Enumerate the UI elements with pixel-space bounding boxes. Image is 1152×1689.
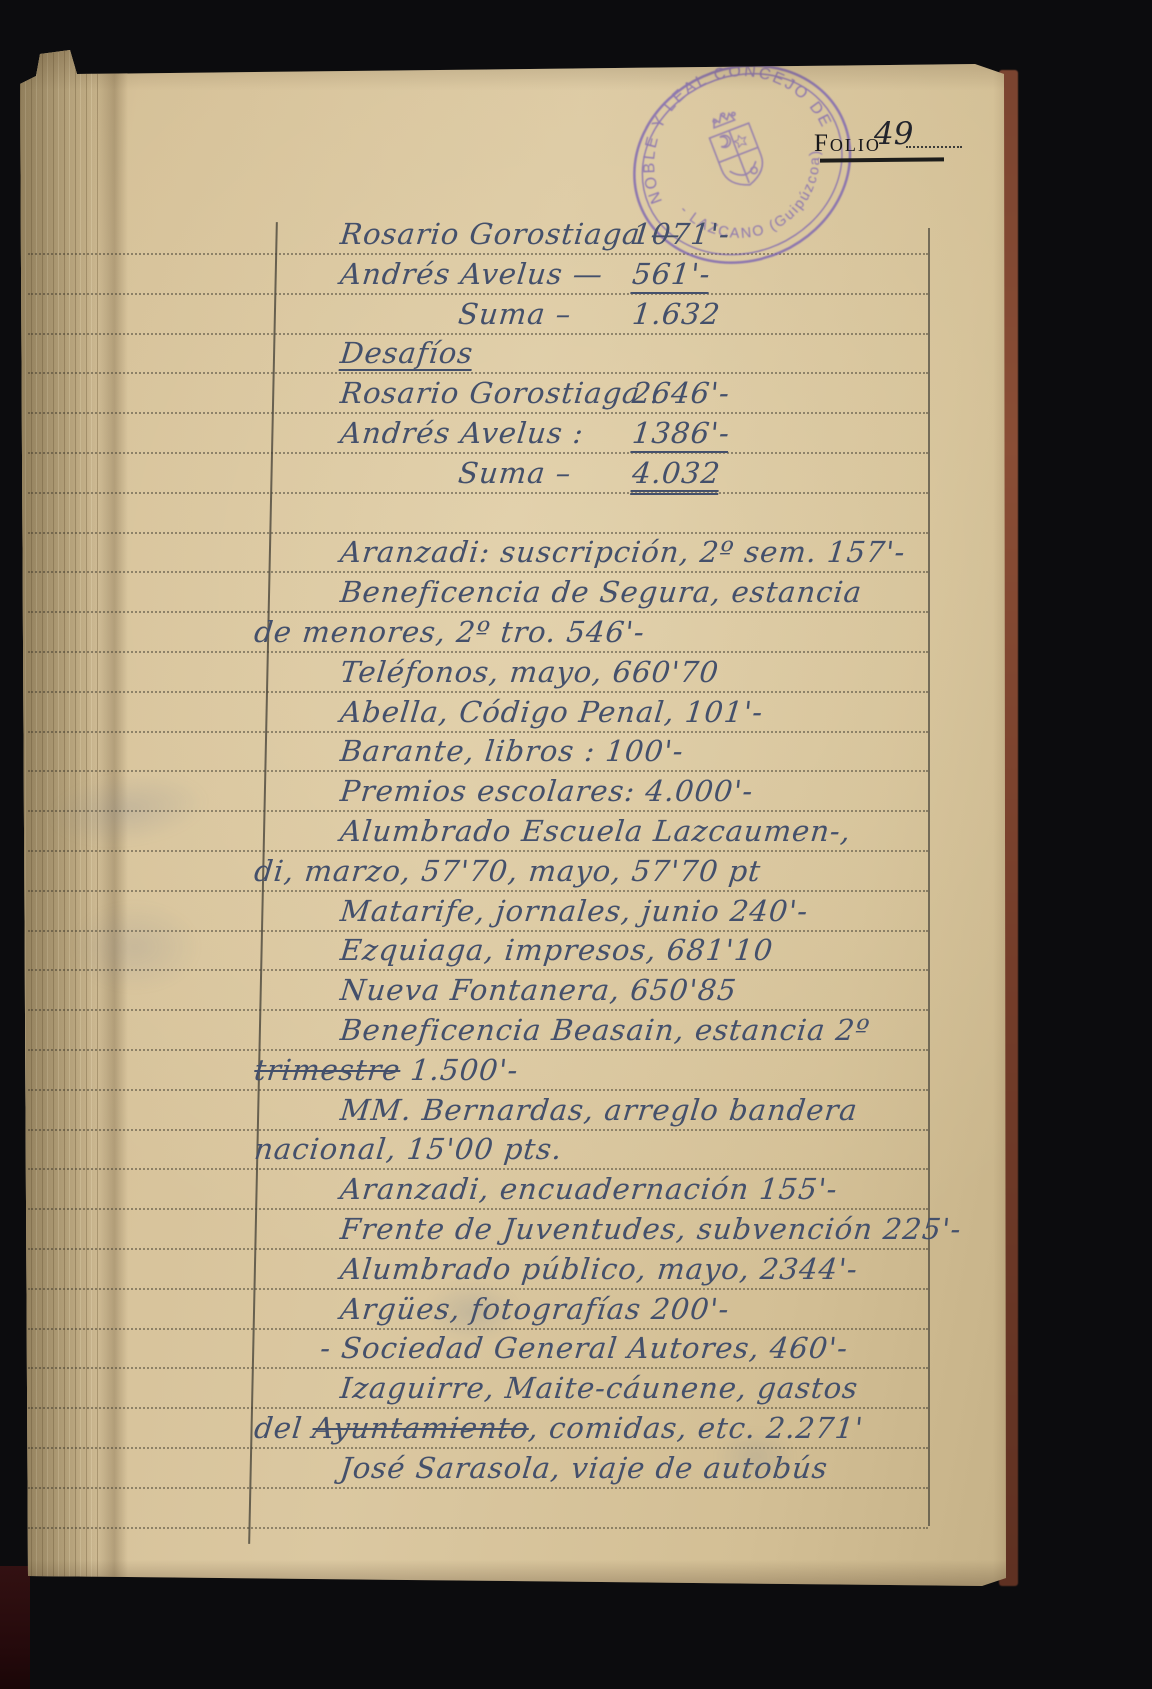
ledger-row-text: nacional, 15'00 pts. xyxy=(253,1132,565,1166)
ledger-row-text: de menores, 2º tro. 546'- xyxy=(253,615,647,649)
ledger-row: Argües, fotografías 200'- xyxy=(338,1292,731,1334)
ledger-row-text: di, marzo, 57'70, mayo, 57'70 pt xyxy=(253,854,763,888)
ledger-row: Suma –1.632 xyxy=(456,297,573,339)
ledger-row: Abella, Código Penal, 101'- xyxy=(338,695,765,737)
ledger-row-amount: 4.032 xyxy=(631,456,723,490)
ledger-row-text: Aranzadi, encuadernación 155'- xyxy=(339,1172,840,1206)
ledger-row-amount: 561'- xyxy=(631,257,713,291)
ledger-row: Premios escolares: 4.000'- xyxy=(338,774,755,816)
page-edge-stack xyxy=(20,44,100,1594)
ledger-row: de menores, 2º tro. 546'- xyxy=(252,615,647,657)
ledger-row: Andrés Avelus —561'- xyxy=(338,257,605,299)
ledger-row-text: Aranzadi: suscripción, 2º sem. 157'- xyxy=(339,535,908,569)
stamp-coat-of-arms xyxy=(703,106,770,193)
ledger-row-text: Nueva Fontanera, 650'85 xyxy=(339,973,739,1007)
folio-dotted-line xyxy=(906,146,962,148)
ledger-row-text: Matarife, jornales, junio 240'- xyxy=(339,894,810,928)
ledger-row: Frente de Juventudes, subvención 225'- xyxy=(338,1212,963,1254)
stamp-ring-text-top: NOBLE Y LEAL CONCEJO DE xyxy=(609,31,836,207)
ledger-row: Izaguirre, Maite-cáunene, gastos xyxy=(338,1371,860,1413)
ledger-row: José Sarasola, viaje de autobús xyxy=(338,1451,830,1493)
ledger-row-text: Beneficencia Beasain, estancia 2º xyxy=(339,1013,872,1047)
ledger-row-text: Teléfonos, mayo, 660'70 xyxy=(339,655,721,689)
struck-word: Ayuntamiento xyxy=(311,1411,531,1445)
ledger-row: Rosario Gorostiaga —1071'- xyxy=(338,217,683,259)
ledger-row: Andrés Avelus :1386'- xyxy=(338,416,586,458)
ledger-row: Barante, libros : 100'- xyxy=(338,734,686,776)
scanned-ledger-scene: NOBLE Y LEAL CONCEJO DE - LAZCANO (Guipú… xyxy=(0,0,1152,1689)
ledger-row-text: Argües, fotografías 200'- xyxy=(339,1292,732,1326)
ledger-row: Suma –4.032 xyxy=(456,456,573,498)
ledger-row: di, marzo, 57'70, mayo, 57'70 pt xyxy=(252,854,763,896)
folio-underline xyxy=(820,157,944,162)
folio-label: Folio xyxy=(814,130,881,158)
ledger-row: Aranzadi: suscripción, 2º sem. 157'- xyxy=(338,535,907,577)
ruled-line xyxy=(28,532,928,534)
ledger-row-text: Barante, libros : 100'- xyxy=(339,734,686,768)
ledger-row-text: del Ayuntamiento, comidas, etc. 2.271' xyxy=(253,1411,866,1445)
ledger-row: Aranzadi, encuadernación 155'- xyxy=(338,1172,840,1214)
ledger-row: MM. Bernardas, arreglo bandera xyxy=(338,1093,860,1135)
ledger-row-text: - Sociedad General Autores, 460'- xyxy=(319,1331,850,1365)
ledger-row: Beneficencia Beasain, estancia 2º xyxy=(338,1013,872,1055)
svg-text:NOBLE Y LEAL CONCEJO DE: NOBLE Y LEAL CONCEJO DE xyxy=(609,31,836,207)
ledger-row: trimestre 1.500'- xyxy=(252,1053,520,1095)
ledger-row-amount: 1386'- xyxy=(631,416,732,450)
ledger-row-text: Desafíos xyxy=(339,336,476,370)
ledger-row: Nueva Fontanera, 650'85 xyxy=(338,973,739,1015)
ledger-row: Alumbrado público, mayo, 2344'- xyxy=(338,1252,860,1294)
ledger-row: - Sociedad General Autores, 460'- xyxy=(318,1331,850,1373)
ledger-row-text: Suma – xyxy=(457,297,574,331)
ledger-row: Ezquiaga, impresos, 681'10 xyxy=(338,933,775,975)
ledger-row-text: Izaguirre, Maite-cáunene, gastos xyxy=(339,1371,860,1405)
ledger-row-text: Frente de Juventudes, subvención 225'- xyxy=(339,1212,964,1246)
ledger-row: Rosario Gorostiaga :2646'- xyxy=(338,376,664,418)
ruled-line xyxy=(28,372,928,374)
ledger-row-text: MM. Bernardas, arreglo bandera xyxy=(339,1093,860,1127)
struck-word: trimestre xyxy=(253,1053,403,1087)
ledger-row: Beneficencia de Segura, estancia xyxy=(338,575,864,617)
ledger-row-text: Premios escolares: 4.000'- xyxy=(339,774,755,808)
ledger-row-text: Alumbrado público, mayo, 2344'- xyxy=(339,1252,860,1286)
ledger-page: NOBLE Y LEAL CONCEJO DE - LAZCANO (Guipú… xyxy=(20,44,1018,1594)
right-margin-rule xyxy=(928,228,930,1526)
ledger-row-text: Beneficencia de Segura, estancia xyxy=(339,575,864,609)
ledger-row: Teléfonos, mayo, 660'70 xyxy=(338,655,721,697)
ledger-row-text: Abella, Código Penal, 101'- xyxy=(339,695,765,729)
ledger-row-amount: 1071'- xyxy=(631,217,732,251)
ledger-row-text: Suma – xyxy=(457,456,574,490)
ledger-row-text: Rosario Gorostiaga : xyxy=(339,376,664,410)
ledger-row-amount: 1.632 xyxy=(631,297,723,331)
page-crease xyxy=(98,44,128,1594)
ledger-row-text: Ezquiaga, impresos, 681'10 xyxy=(339,933,775,967)
ledger-row-text: José Sarasola, viaje de autobús xyxy=(339,1451,830,1485)
book-binding-corner xyxy=(0,1566,30,1689)
ledger-row-amount: 2646'- xyxy=(631,376,732,410)
ledger-row: del Ayuntamiento, comidas, etc. 2.271' xyxy=(252,1411,865,1453)
ledger-row-text: trimestre 1.500'- xyxy=(253,1053,521,1087)
ledger-row: Alumbrado Escuela Lazcaumen-, xyxy=(338,814,853,856)
ledger-row-text: Andrés Avelus — xyxy=(339,257,605,291)
ledger-row-text: Alumbrado Escuela Lazcaumen-, xyxy=(339,814,853,848)
ledger-row-text: Andrés Avelus : xyxy=(339,416,586,450)
ledger-row: Matarife, jornales, junio 240'- xyxy=(338,894,810,936)
ledger-row: Desafíos xyxy=(338,336,475,378)
ledger-row: nacional, 15'00 pts. xyxy=(252,1132,564,1174)
ruled-line xyxy=(28,1527,928,1529)
municipal-stamp: NOBLE Y LEAL CONCEJO DE - LAZCANO (Guipú… xyxy=(580,6,906,327)
